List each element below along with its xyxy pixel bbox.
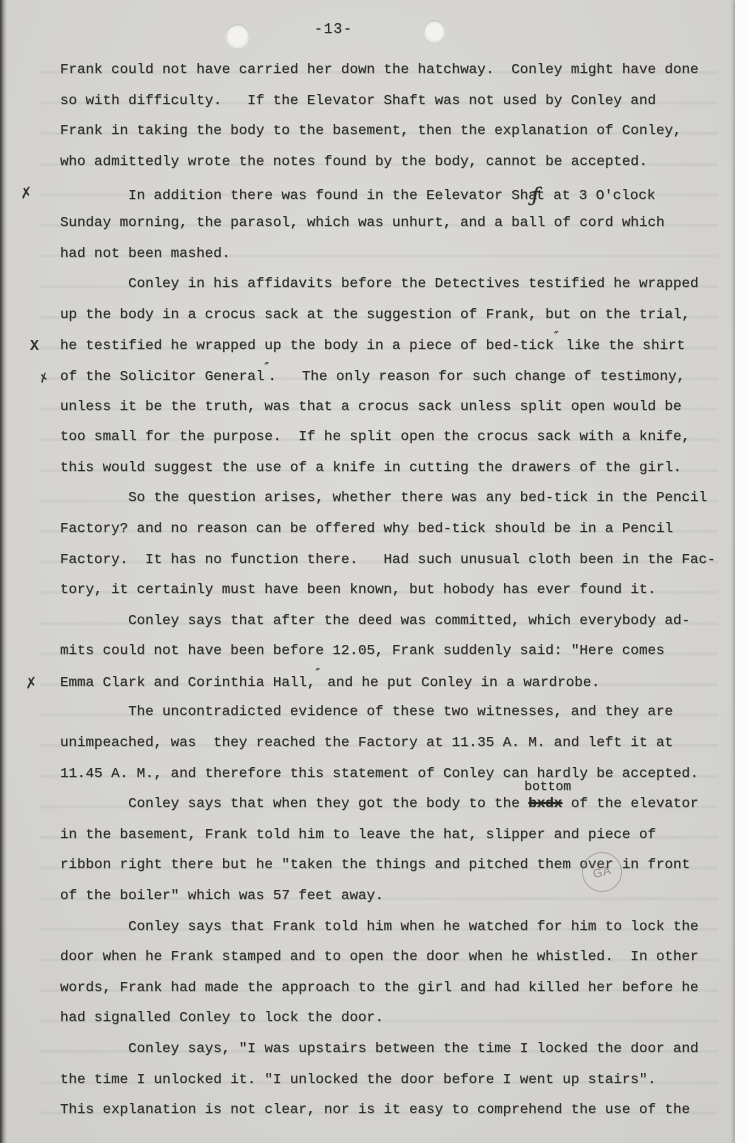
text-line: The uncontradicted evidence of these two… [60, 697, 732, 728]
text-line: tory, it certainly must have been known,… [60, 575, 732, 606]
text-line: too small for the purpose. If he split o… [60, 422, 732, 453]
hole-punch-left [226, 24, 249, 47]
hole-punch-right [424, 20, 445, 41]
text-line: Factory. It has no function there. Had s… [60, 545, 732, 576]
text-line: Factory? and no reason can be offered wh… [60, 514, 732, 545]
text-line: ✗Emma Clark and Corinthia Hall,″ and he … [60, 667, 732, 698]
text-line: unless it be the truth, was that a crocu… [60, 392, 732, 423]
document-page: -13- Frank could not have carried her do… [0, 0, 748, 1143]
handwritten-quote-mark: ″ [554, 329, 557, 343]
text-line: who admittedly wrote the notes found by … [60, 147, 732, 178]
text-line: Frank in taking the body to the basement… [60, 116, 732, 147]
text-line: ✗of the Solicitor General″. The only rea… [60, 361, 732, 392]
margin-x-mark: ✗ [35, 362, 54, 394]
text-line: This explanation is not clear, nor is it… [60, 1095, 732, 1126]
handwritten-quote-mark: ″ [315, 666, 318, 680]
text-line: Conley says that Frank told him when he … [60, 912, 732, 943]
text-line: had not been mashed. [60, 239, 732, 270]
text-line: Frank could not have carried her down th… [60, 55, 732, 86]
text-line: So the question arises, whether there wa… [60, 483, 732, 514]
text-line: Conley says that when they got the body … [60, 789, 732, 820]
page-number: -13- [314, 22, 353, 38]
text-line: had signalled Conley to lock the door. [60, 1003, 732, 1034]
page-edge-shadow [0, 0, 7, 1143]
text-line: Xhe testified he wrapped up the body in … [60, 330, 732, 361]
scan-background-strip [735, 0, 748, 1143]
margin-x-mark: X [30, 332, 39, 363]
text-line: words, Frank had made the approach to th… [60, 973, 732, 1004]
text-line: this would suggest the use of a knife in… [60, 453, 732, 484]
margin-x-mark: ✗ [23, 667, 40, 699]
text-line: Sunday morning, the parasol, which was u… [60, 208, 732, 239]
text-line: Conley in his affidavits before the Dete… [60, 269, 732, 300]
margin-x-mark: ✗ [18, 178, 35, 210]
handwritten-letter-f: ƒ [532, 182, 539, 206]
handwritten-quote-mark: ″ [264, 360, 267, 374]
typewritten-text: Frank could not have carried her down th… [60, 55, 732, 1126]
text-line: 11.45 A. M., and therefore this statemen… [60, 759, 732, 790]
text-line: unimpeached, was they reached the Factor… [60, 728, 732, 759]
text-line: ribbon right there but he "taken the thi… [60, 850, 732, 881]
text-line: door when he Frank stamped and to open t… [60, 942, 732, 973]
text-line: up the body in a crocus sack at the sugg… [60, 300, 732, 331]
text-line: Conley says that after the deed was comm… [60, 606, 732, 637]
text-line: ✗ In addition there was found in the Eel… [60, 177, 732, 208]
text-line: Conley says, "I was upstairs between the… [60, 1034, 732, 1065]
struck-out-word: bxdxbottom [528, 796, 562, 812]
text-line: the time I unlocked it. "I unlocked the … [60, 1065, 732, 1096]
text-line: of the boiler" which was 57 feet away. [60, 881, 732, 912]
text-line: so with difficulty. If the Elevator Shaf… [60, 86, 732, 117]
text-line: in the basement, Frank told him to leave… [60, 820, 732, 851]
handwritten-insert: bottom [524, 780, 571, 793]
text-line: mits could not have been before 12.05, F… [60, 636, 732, 667]
